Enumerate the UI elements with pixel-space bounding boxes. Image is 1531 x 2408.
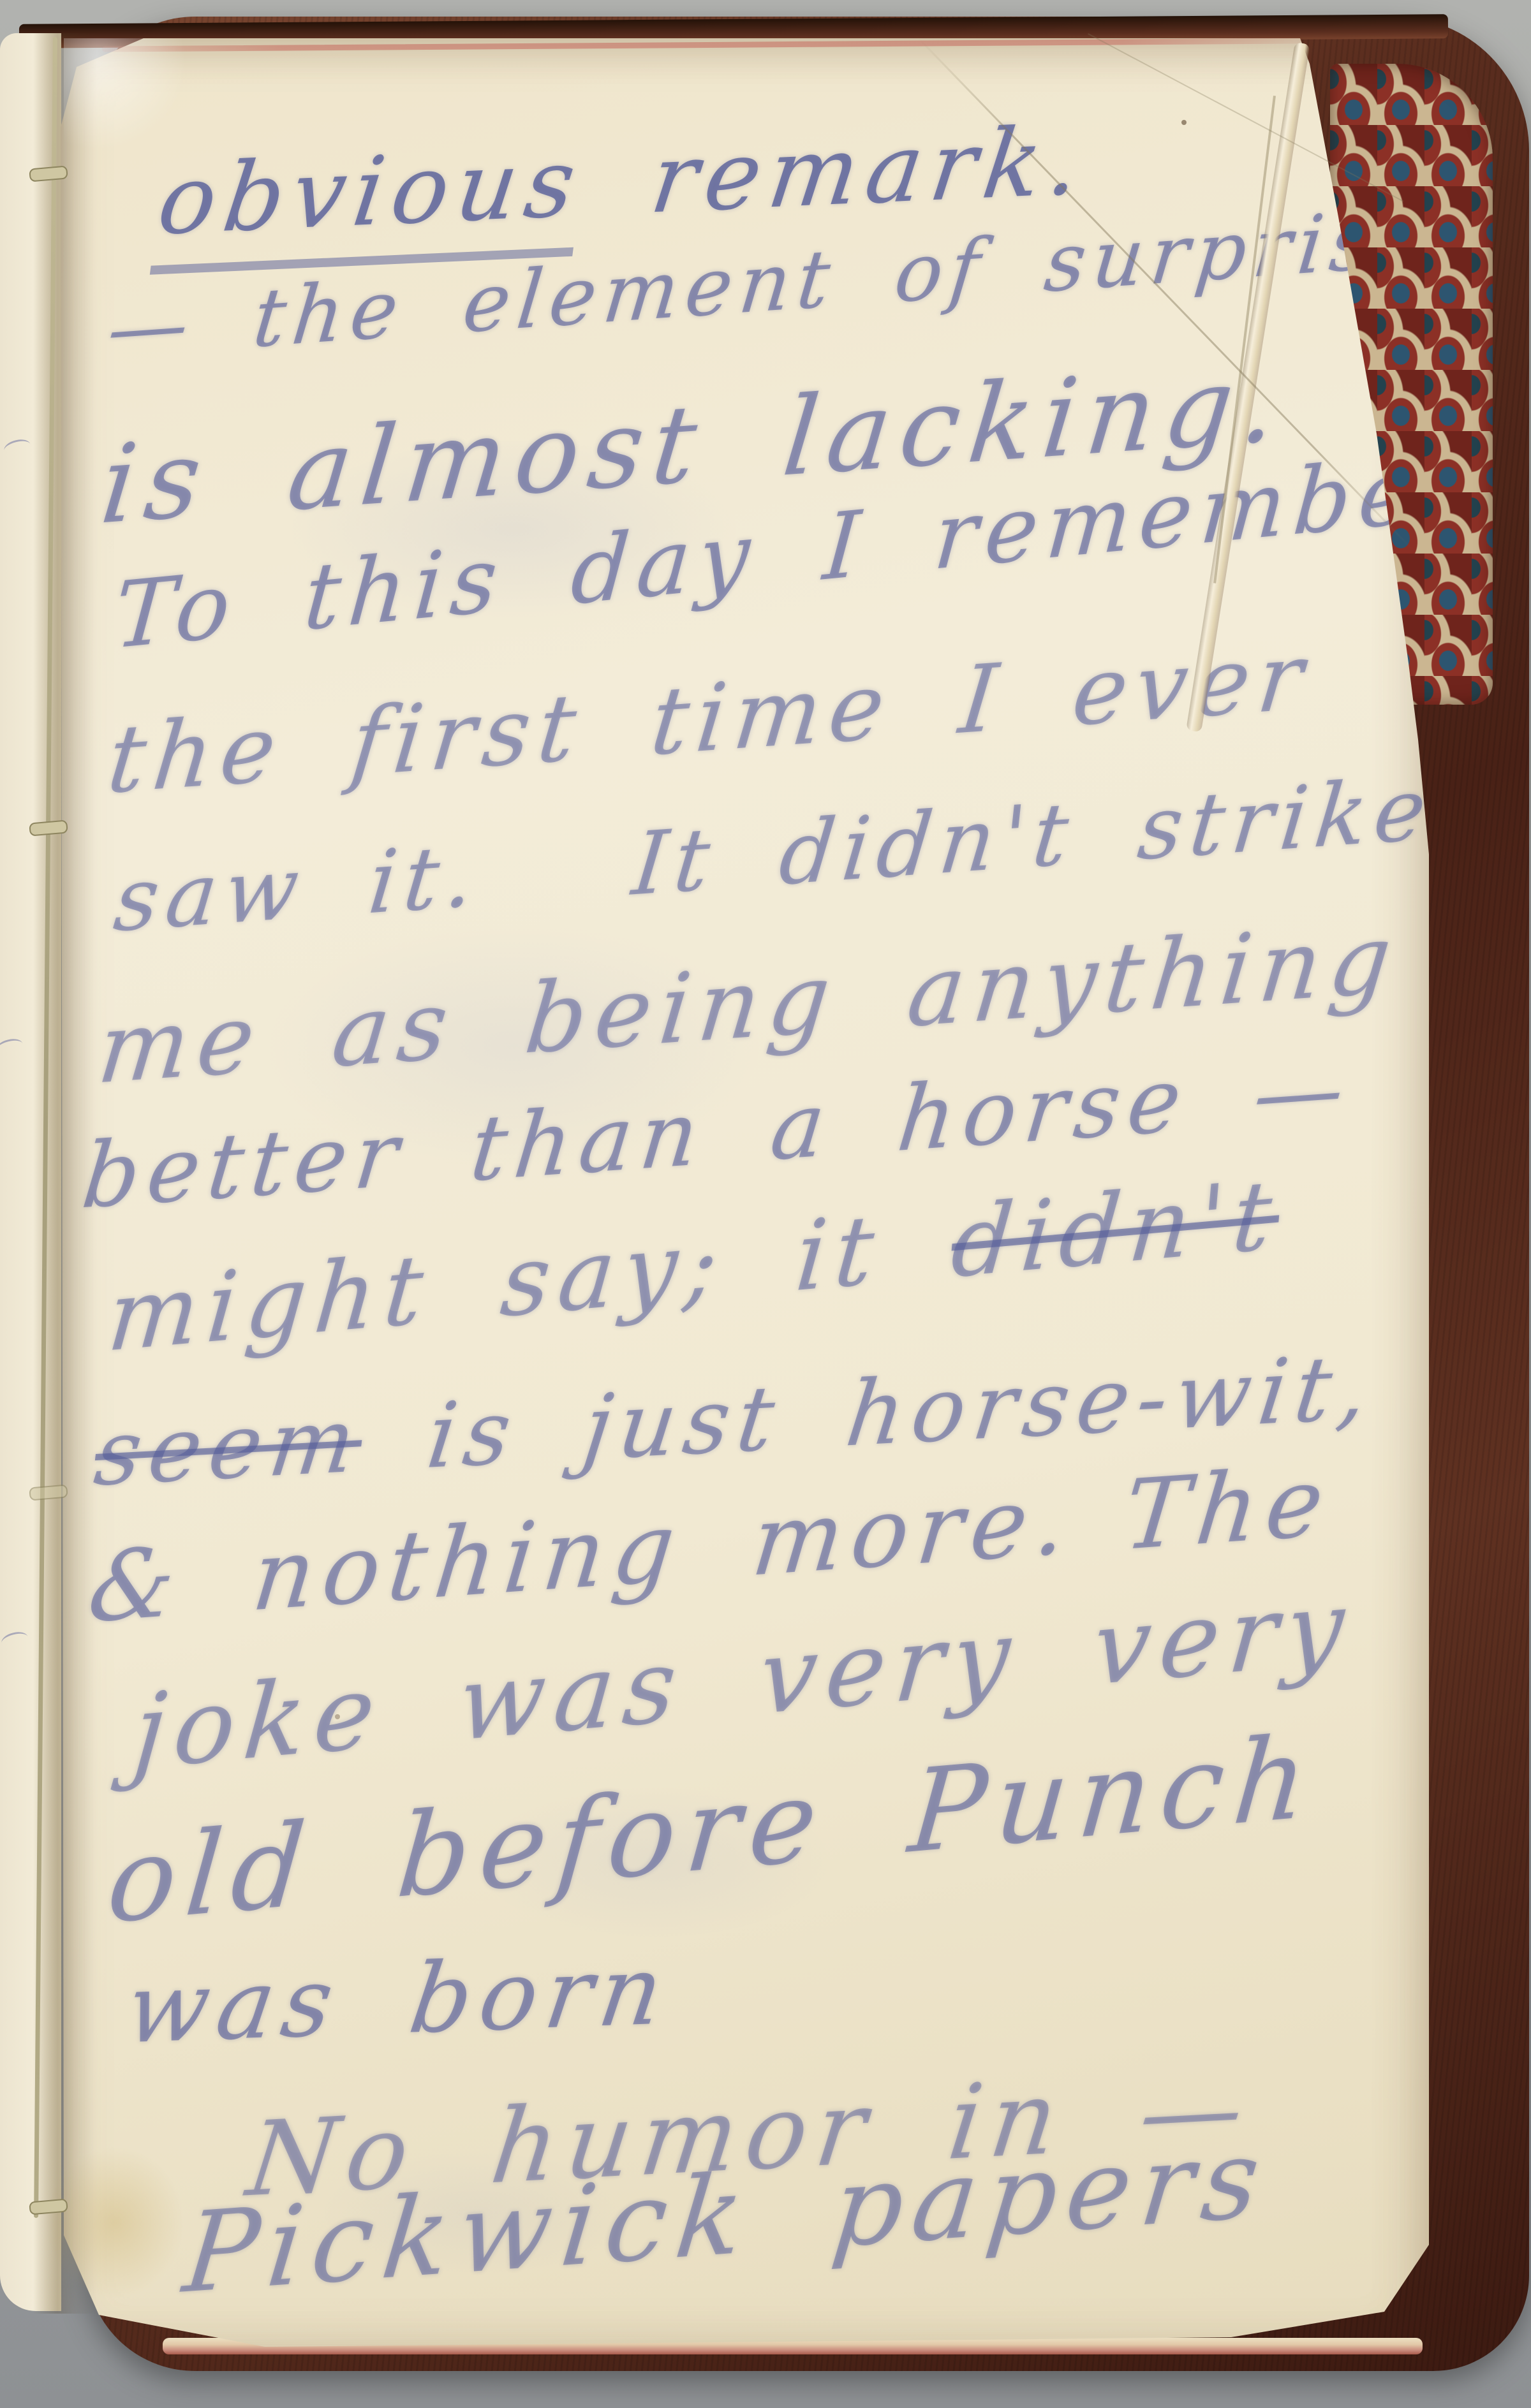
struck-word: didn't: [947, 1159, 1284, 1300]
line-text: The: [1119, 1446, 1336, 1572]
line-text: It didn't strike: [628, 758, 1438, 915]
paper-speck: [1181, 120, 1187, 125]
line-text: remark.: [575, 105, 1094, 238]
notebook-page: obvious remark. — the element of surpris…: [61, 38, 1429, 2352]
underlined-word: obvious: [150, 127, 589, 274]
ink-smudge: [211, 408, 817, 650]
struck-word: seem: [89, 1388, 369, 1506]
ink-smudge: [268, 2130, 683, 2296]
ink-smudge: [415, 1760, 893, 1964]
yellow-stain: [19, 2117, 211, 2328]
handwriting: obvious remark. — the element of surpris…: [61, 38, 1429, 2352]
photo-of-notebook: { "scene": { "description": "Photograph …: [0, 0, 1531, 2408]
ink-smudge: [179, 880, 848, 1212]
paper-speck: [335, 1714, 340, 1719]
